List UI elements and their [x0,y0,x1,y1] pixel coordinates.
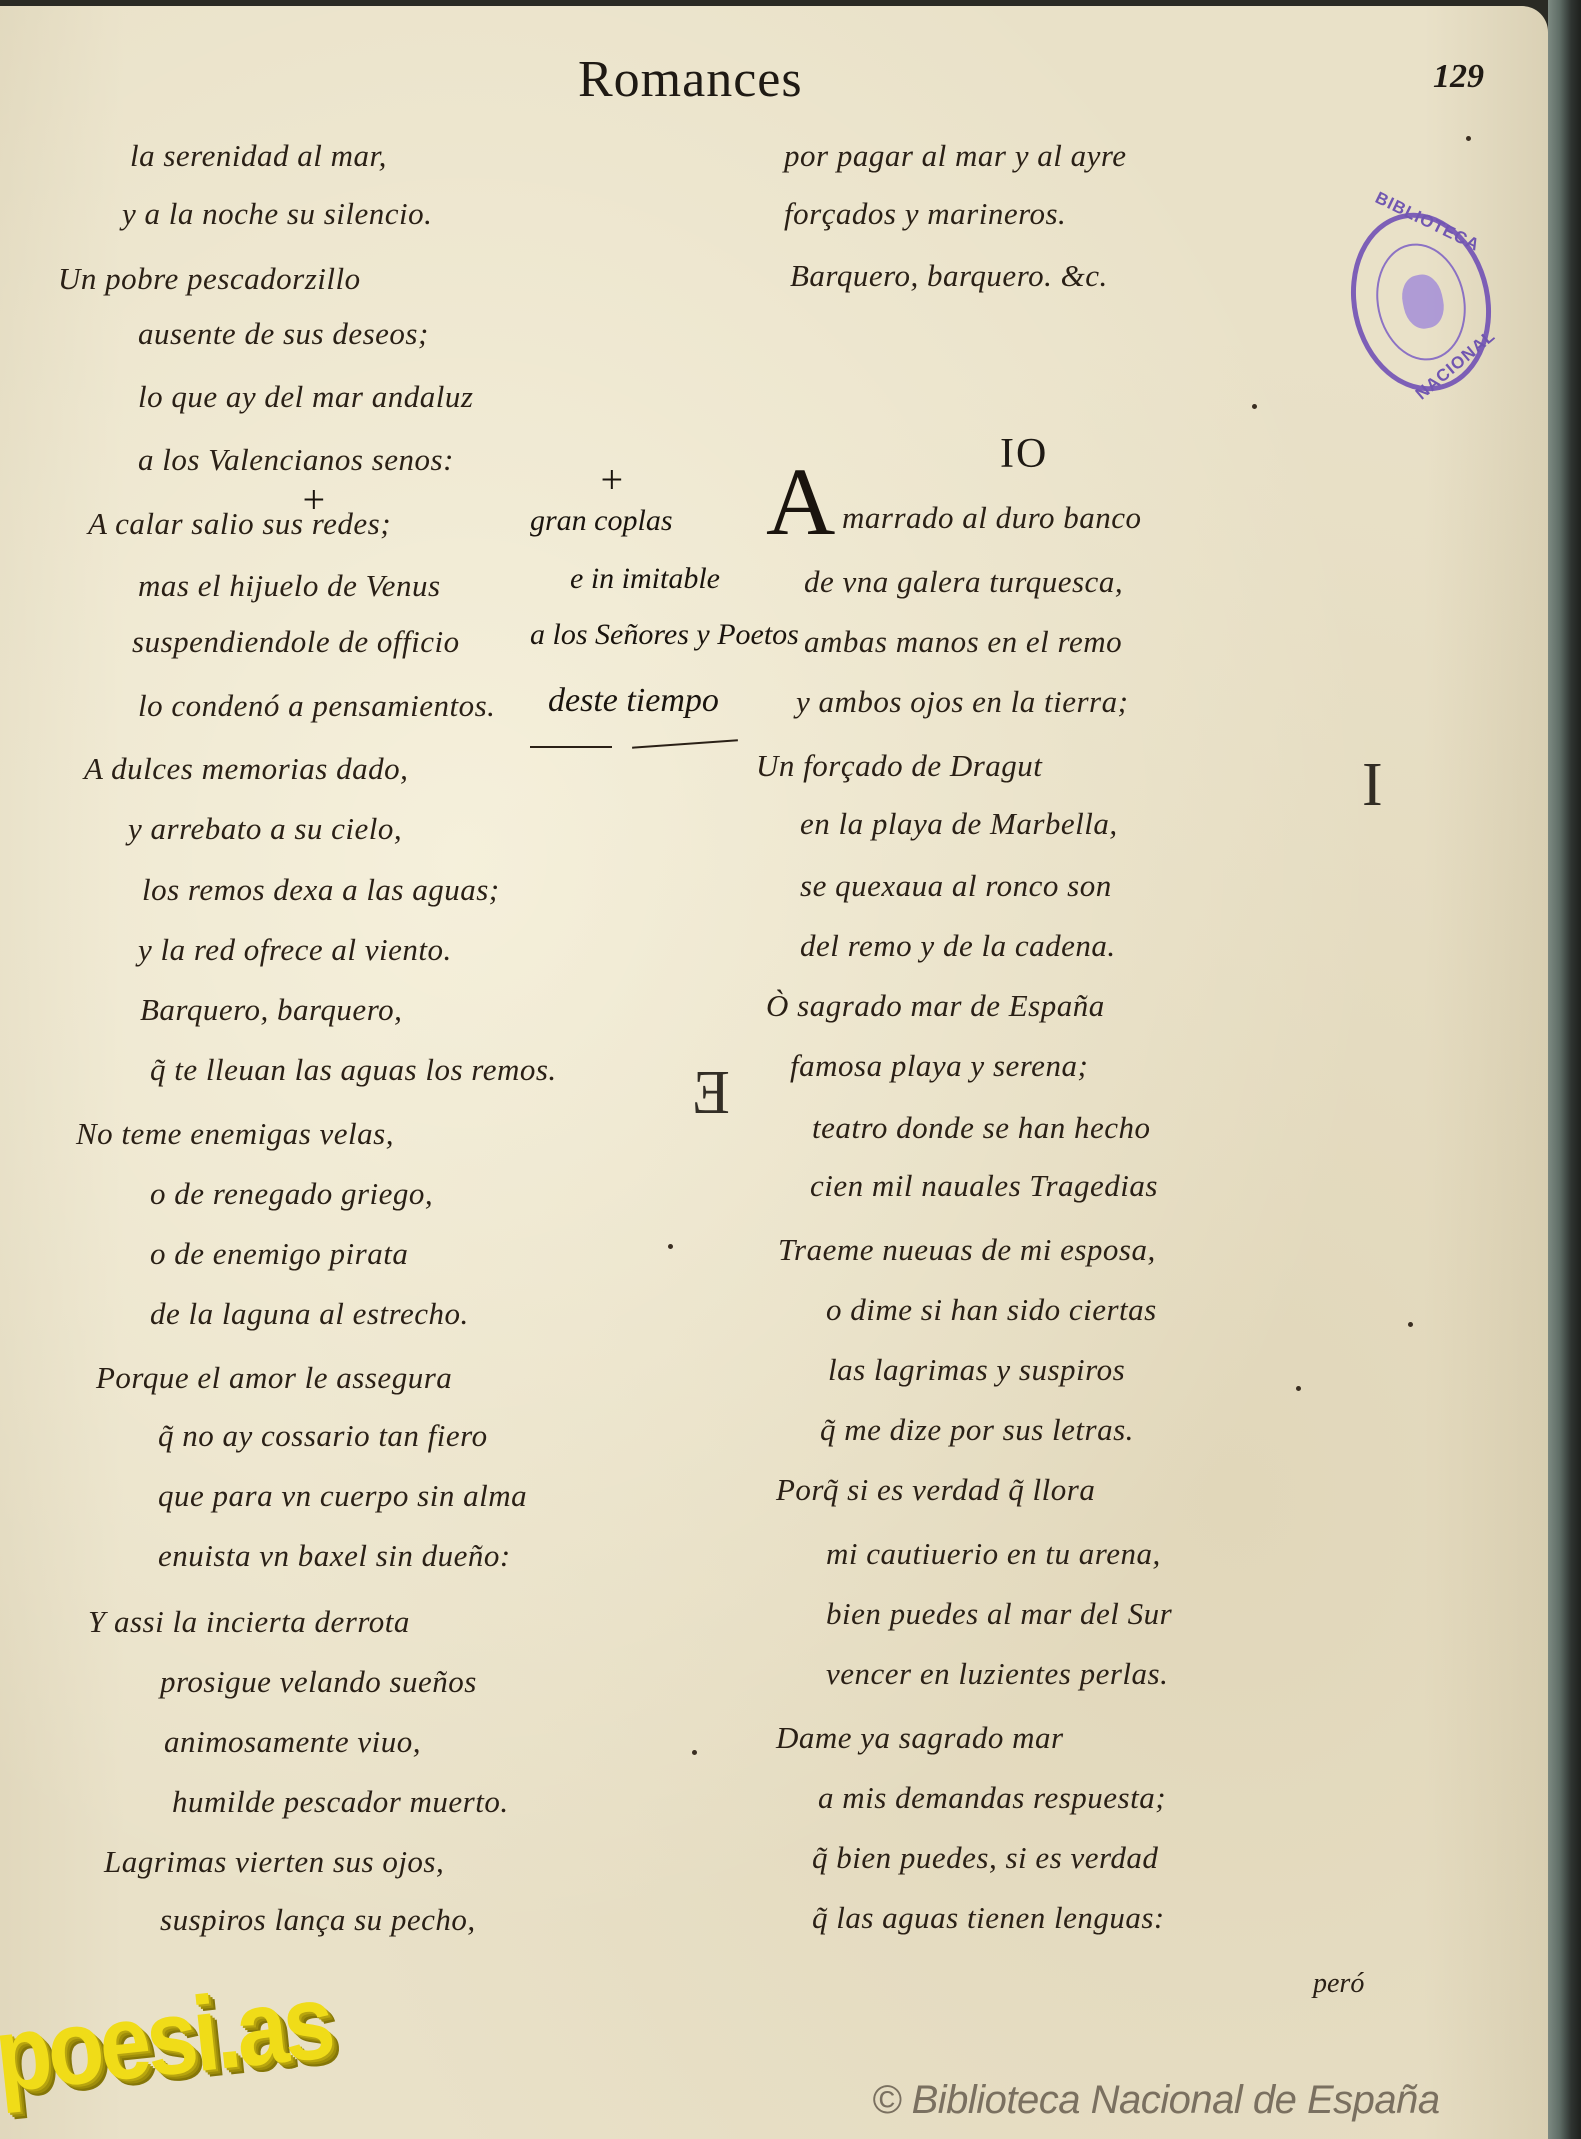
verse-line: ausente de sus deseos; [138,316,429,352]
verse-line: humilde pescador muerto. [172,1784,509,1820]
verse-line: por pagar al mar y al ayre [784,138,1127,174]
ink-speck [1252,404,1257,409]
refrain-line: q̃ te lleuan las aguas los remos. [150,1052,557,1088]
verse-line: A dulces memorias dado, [84,751,408,787]
verse-line: Dame ya sagrado mar [776,1720,1064,1756]
show-through-glyph: I [1362,750,1383,821]
annotation-line: deste tiempo [548,682,719,720]
verse-line: las lagrimas y suspiros [828,1352,1125,1388]
verse-line: y la red ofrece al viento. [138,932,452,968]
verse-line: se quexaua al ronco son [800,868,1112,904]
cross-mark: + [300,476,327,523]
verse-line: o de renegado griego, [150,1176,433,1212]
underline [632,739,738,748]
verse-line: Porque el amor le assegura [96,1360,452,1396]
verse-line: de vna galera turquesca, [804,564,1123,600]
verse-line: famosa playa y serena; [790,1048,1088,1084]
verse-line: marrado al duro banco [842,500,1142,536]
verse-line: teatro donde se han hecho [812,1110,1151,1146]
ink-speck [1408,1322,1413,1327]
verse-line: forçados y marineros. [784,196,1066,232]
verse-line: Traeme nueuas de mi esposa, [778,1232,1156,1268]
cross-mark: + [598,456,625,503]
ink-speck [1466,136,1471,141]
verse-line: Porq̃ si es verdad q̃ llora [776,1472,1095,1508]
verse-line: enuista vn baxel sin dueño: [158,1538,511,1574]
verse-line: y a la noche su silencio. [122,196,432,232]
ink-speck [1296,1386,1301,1391]
verse-line: o dime si han sido ciertas [826,1292,1157,1328]
verse-line: q̃ las aguas tienen lenguas: [812,1900,1165,1936]
verse-line: ambas manos en el remo [804,624,1122,660]
library-stamp: BIBLIOTECA NACIONAL [1335,200,1507,405]
verse-line: que para vn cuerpo sin alma [158,1478,527,1514]
verse-line: los remos dexa a las aguas; [142,872,500,908]
annotation-line: e in imitable [570,562,720,596]
verse-line: A calar salio sus redes; [88,506,391,542]
verse-line: lo que ay del mar andaluz [138,379,473,415]
royal-crest-icon [1398,271,1448,332]
verse-line: o de enemigo pirata [150,1236,408,1272]
catchword: peró [1313,1968,1364,2000]
verse-line: suspendiendole de officio [132,624,460,660]
verse-line: suspiros lança su pecho, [160,1902,476,1938]
refrain-line: Barquero, barquero, [140,992,402,1028]
verse-line: en la playa de Marbella, [800,806,1118,842]
copyright-notice: © Biblioteca Nacional de España [872,2078,1440,2123]
ink-speck [668,1244,673,1249]
verse-line: cien mil nauales Tragedias [810,1168,1158,1204]
verse-line: y arrebato a su cielo, [128,811,402,847]
verse-line: bien puedes al mar del Sur [826,1596,1172,1632]
verse-line: la serenidad al mar, [130,138,387,174]
verse-line: vencer en luzientes perlas. [826,1656,1168,1692]
show-through-glyph: E [692,1058,730,1129]
verse-line: mas el hijuelo de Venus [138,568,441,604]
drop-cap: A [766,454,835,550]
book-edge [1548,0,1581,2139]
ink-speck [692,1750,697,1755]
annotation-line: gran coplas [530,504,673,538]
underline [530,746,612,748]
manuscript-page: Romances 129 la serenidad al mar, y a la… [0,6,1548,2139]
refrain-line: Barquero, barquero. &c. [790,258,1108,294]
verse-line: de la laguna al estrecho. [150,1296,469,1332]
verse-line: Lagrimas vierten sus ojos, [104,1844,444,1880]
verse-line: Un pobre pescadorzillo [58,261,361,297]
verse-line: Un forçado de Dragut [756,748,1042,784]
verse-line: a los Valencianos senos: [138,442,454,478]
verse-line: del remo y de la cadena. [800,928,1116,964]
verse-line: mi cautiuerio en tu arena, [826,1536,1161,1572]
verse-line: q̃ bien puedes, si es verdad [812,1840,1158,1876]
verse-line: Y assi la incierta derrota [88,1604,410,1640]
verse-line: q̃ me dize por sus letras. [820,1412,1134,1448]
verse-line: q̃ no ay cossario tan fiero [158,1418,488,1454]
annotation-line: a los Señores y Poetos [530,618,799,652]
verse-line: prosigue velando sueños [160,1664,477,1700]
verse-line: a mis demandas respuesta; [818,1780,1166,1816]
verse-line: lo condenó a pensamientos. [138,688,495,724]
running-title: Romances [578,50,803,109]
verse-line: Ò sagrado mar de España [766,988,1105,1024]
verse-line: animosamente viuo, [164,1724,421,1760]
poem-number: IO [1000,430,1048,478]
verse-line: No teme enemigas velas, [76,1116,394,1152]
folio-number: 129 [1433,58,1484,96]
verse-line: y ambos ojos en la tierra; [796,684,1128,720]
